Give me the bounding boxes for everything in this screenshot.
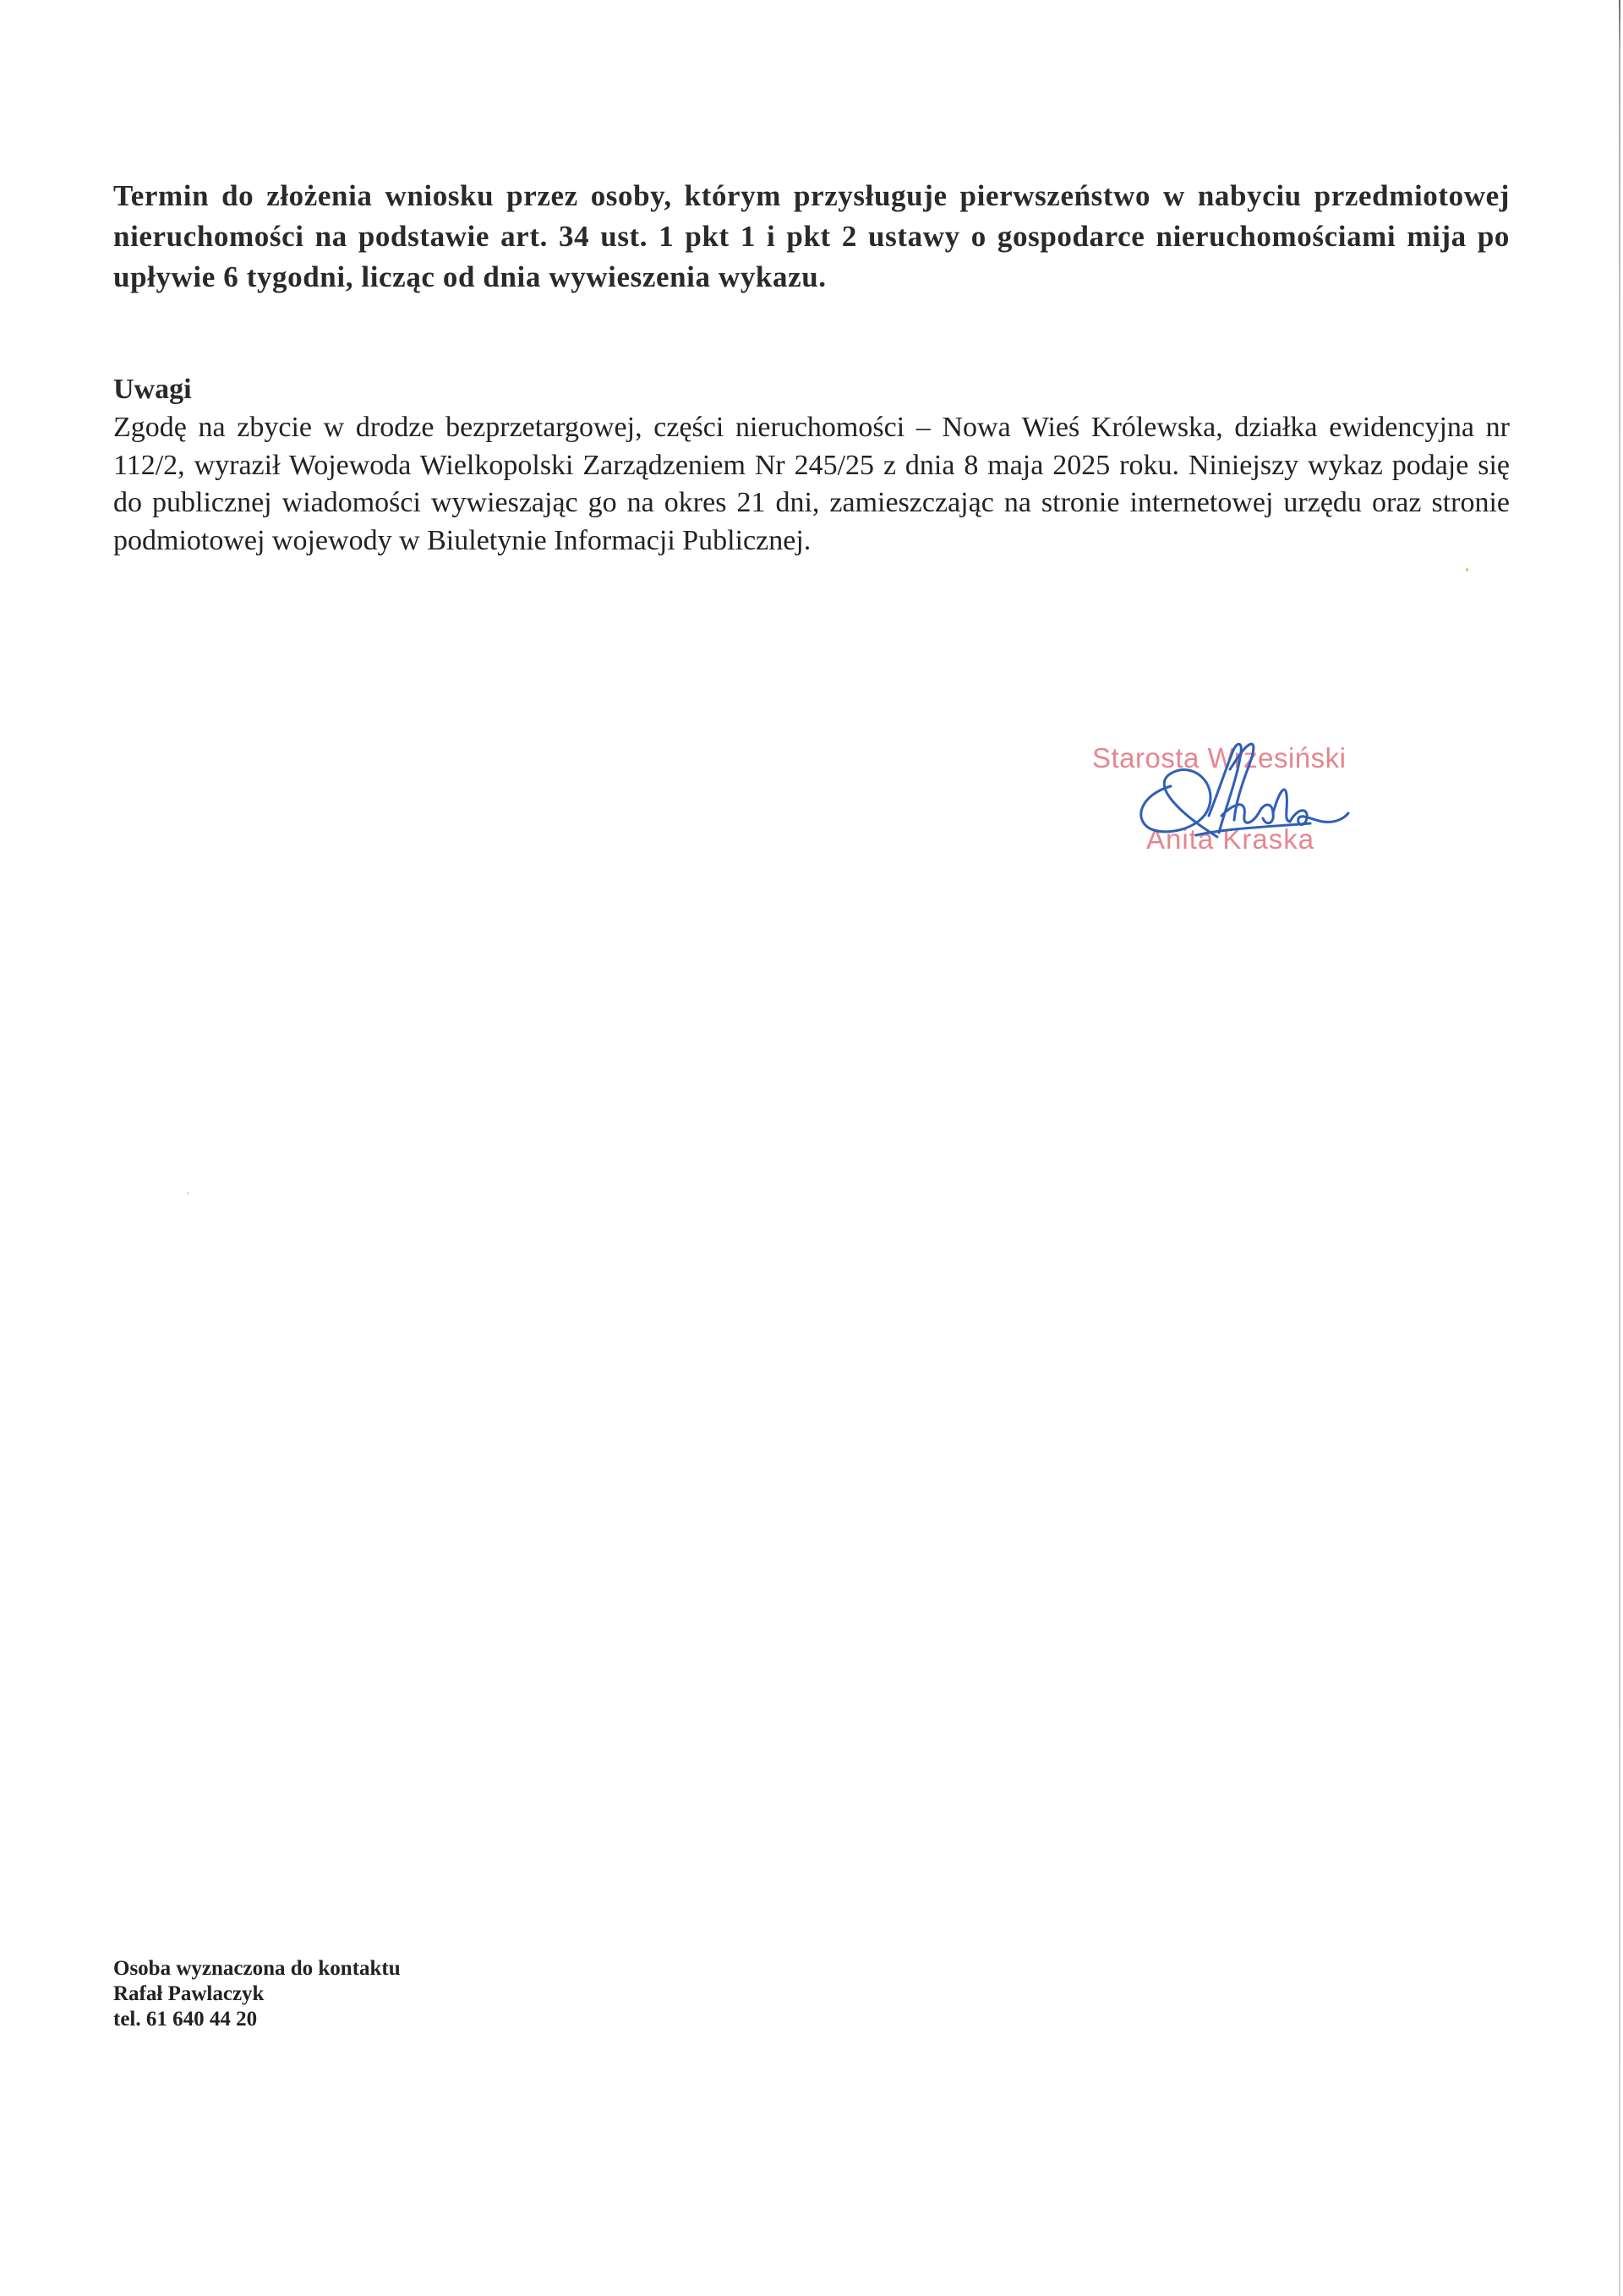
scan-speck: [187, 1192, 189, 1194]
contact-phone: tel. 61 640 44 20: [113, 2007, 401, 2032]
remarks-body: Zgodę na zbycie w drodze bezprzetargowej…: [113, 409, 1510, 560]
contact-name: Rafał Pawlaczyk: [113, 1982, 401, 2007]
handwritten-signature-icon: [1090, 735, 1395, 862]
scan-page-edge: [1619, 0, 1620, 2296]
scan-speck: [1466, 568, 1468, 571]
deadline-paragraph: Termin do złożenia wniosku przez osoby, …: [113, 176, 1510, 298]
contact-label: Osoba wyznaczona do kontaktu: [113, 1956, 401, 1982]
signature-stamp: Starosta Wrzesiński Anita Kraska: [1090, 735, 1395, 862]
remarks-heading: Uwagi: [113, 370, 1510, 409]
contact-block: Osoba wyznaczona do kontaktu Rafał Pawla…: [113, 1956, 401, 2032]
remarks-section: Uwagi Zgodę na zbycie w drodze bezprzeta…: [113, 370, 1510, 560]
